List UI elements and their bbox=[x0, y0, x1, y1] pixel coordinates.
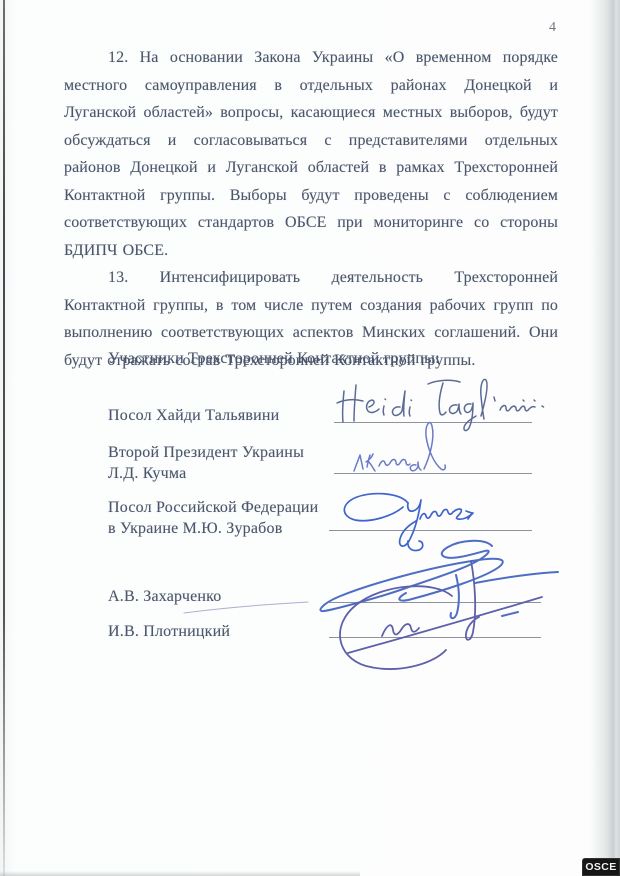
signatory-label-kuchma: Второй Президент Украины Л.Д. Кучма bbox=[108, 442, 304, 484]
signature-ink-kuchma bbox=[354, 423, 445, 471]
signature-line-plotnitsky bbox=[329, 637, 541, 638]
scanned-document-page: 4 12. На основании Закона Украины «О вре… bbox=[0, 0, 620, 876]
signatory-label-tagliavini: Посол Хайди Тальявини bbox=[108, 405, 279, 426]
paragraph-12: 12. На основании Закона Украины «О време… bbox=[64, 44, 558, 264]
signatory-label-line: Посол Российской Федерации bbox=[108, 497, 318, 518]
signature-line-zurabov bbox=[329, 530, 532, 531]
osce-watermark-badge: OSCE bbox=[582, 858, 620, 876]
signatory-label-plotnitsky: И.В. Плотницкий bbox=[108, 621, 230, 642]
signatory-label-zakharchenko: А.В. Захарченко bbox=[108, 586, 222, 607]
page-number: 4 bbox=[549, 20, 557, 36]
signature-line-kuchma bbox=[334, 473, 532, 474]
signature-line-tagliavini bbox=[334, 422, 532, 423]
signature-ink-zakharchenko bbox=[320, 541, 558, 618]
document-body: 12. На основании Закона Украины «О време… bbox=[64, 44, 558, 374]
signature-line-zakharchenko bbox=[329, 602, 541, 603]
signature-ink-plotnitsky bbox=[184, 561, 542, 669]
scan-edge-left bbox=[3, 0, 5, 876]
scan-edge-right bbox=[590, 0, 620, 876]
signatory-label-line: Посол Хайди Тальявини bbox=[108, 405, 279, 426]
signatory-label-line: Второй Президент Украины bbox=[108, 442, 304, 463]
signatory-label-line: И.В. Плотницкий bbox=[108, 621, 230, 642]
signatory-label-zurabov: Посол Российской Федерации в Украине М.Ю… bbox=[108, 497, 318, 539]
signatory-label-line: Л.Д. Кучма bbox=[108, 463, 304, 484]
participants-heading: Участники Трехсторонней Контактной групп… bbox=[108, 350, 440, 368]
signature-ink-zurabov bbox=[344, 494, 473, 551]
signatory-label-line: А.В. Захарченко bbox=[108, 586, 222, 607]
signatory-label-line: в Украине М.Ю. Зурабов bbox=[108, 518, 318, 539]
scan-edge-bottom-shadow bbox=[0, 871, 360, 876]
